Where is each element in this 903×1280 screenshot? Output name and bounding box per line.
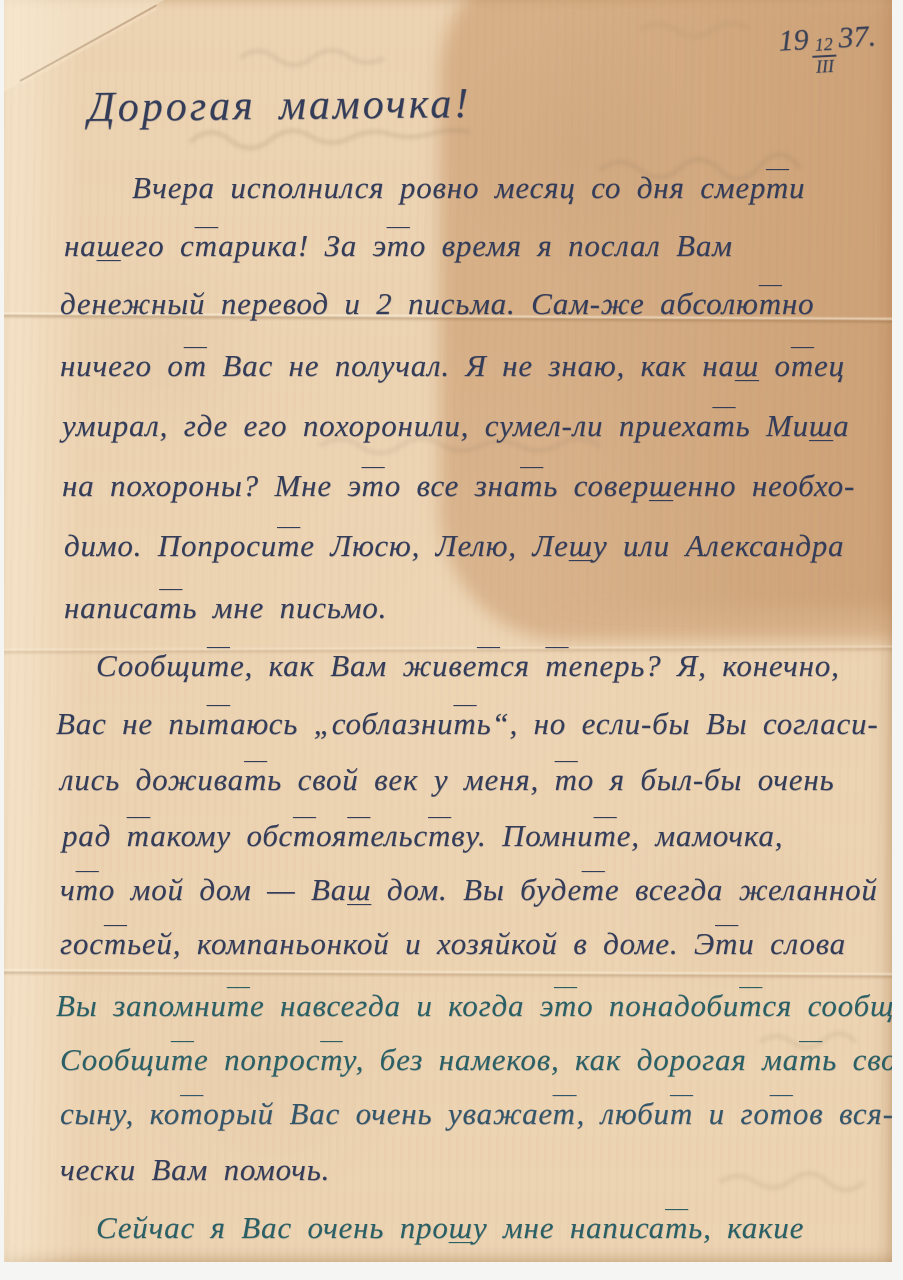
handwriting-line: Вы запомните навсегда и когда это понадо…: [56, 986, 892, 1026]
handwriting-line: сыну, который Вас очень уважает, любит и…: [60, 1094, 892, 1134]
fold-crease-lower: [4, 968, 892, 980]
handwriting-line: Сейчас я Вас очень прошу мне написать, к…: [96, 1208, 804, 1248]
handwriting-line: чески Вам помочь.: [60, 1150, 330, 1190]
handwriting-line: написать мне письмо.: [64, 588, 387, 628]
handwriting-line: на похороны? Мне это все знать совершенн…: [62, 466, 855, 506]
date-numerator: 12: [811, 35, 836, 58]
handwriting-line: ничего от Вас не получал. Я не знаю, как…: [60, 346, 845, 386]
handwriting-line: Сообщите, как Вам живется теперь? Я, кон…: [96, 646, 840, 686]
handwriting-line: нашего старика! За это время я послал Ва…: [64, 226, 733, 266]
handwriting-line: лись доживать свой век у меня, то я был-…: [60, 760, 834, 800]
salutation: Дорогая мамочка!: [88, 80, 472, 132]
date-denominator: III: [815, 57, 834, 77]
handwriting-line: что мой дом — Ваш дом. Вы будете всегда …: [60, 870, 878, 910]
handwriting-line: Сообщите попросту, без намеков, как доро…: [60, 1040, 892, 1080]
handwriting-line: Вас не пытаюсь „соблазнить“, но если-бы …: [56, 704, 878, 744]
handwriting-line: умирал, где его похоронили, сумел-ли при…: [62, 406, 849, 446]
letter-scan: 1912III37. Дорогая мамочка! Вчера исполн…: [0, 0, 903, 1280]
handwriting-line: рад такому обстоятельству. Помните, мамо…: [62, 816, 783, 856]
date: 1912III37.: [777, 19, 877, 78]
handwriting-line: денежный перевод и 2 письма. Сам-же абсо…: [60, 284, 814, 324]
handwriting-line: Вчера исполнился ровно месяц со дня смер…: [132, 168, 805, 208]
date-fraction: 12III: [811, 35, 837, 77]
paper: 1912III37. Дорогая мамочка! Вчера исполн…: [4, 0, 892, 1262]
handwriting-line: гостьей, компаньонкой и хозяйкой в доме.…: [60, 924, 846, 964]
letter-scan-page: { "letter": { "date": { "prefix": "19", …: [0, 0, 903, 1280]
date-day: 19: [777, 23, 809, 58]
date-year: 37.: [837, 19, 876, 54]
handwriting-line: димо. Попросите Люсю, Лелю, Лешу или Але…: [64, 526, 844, 566]
